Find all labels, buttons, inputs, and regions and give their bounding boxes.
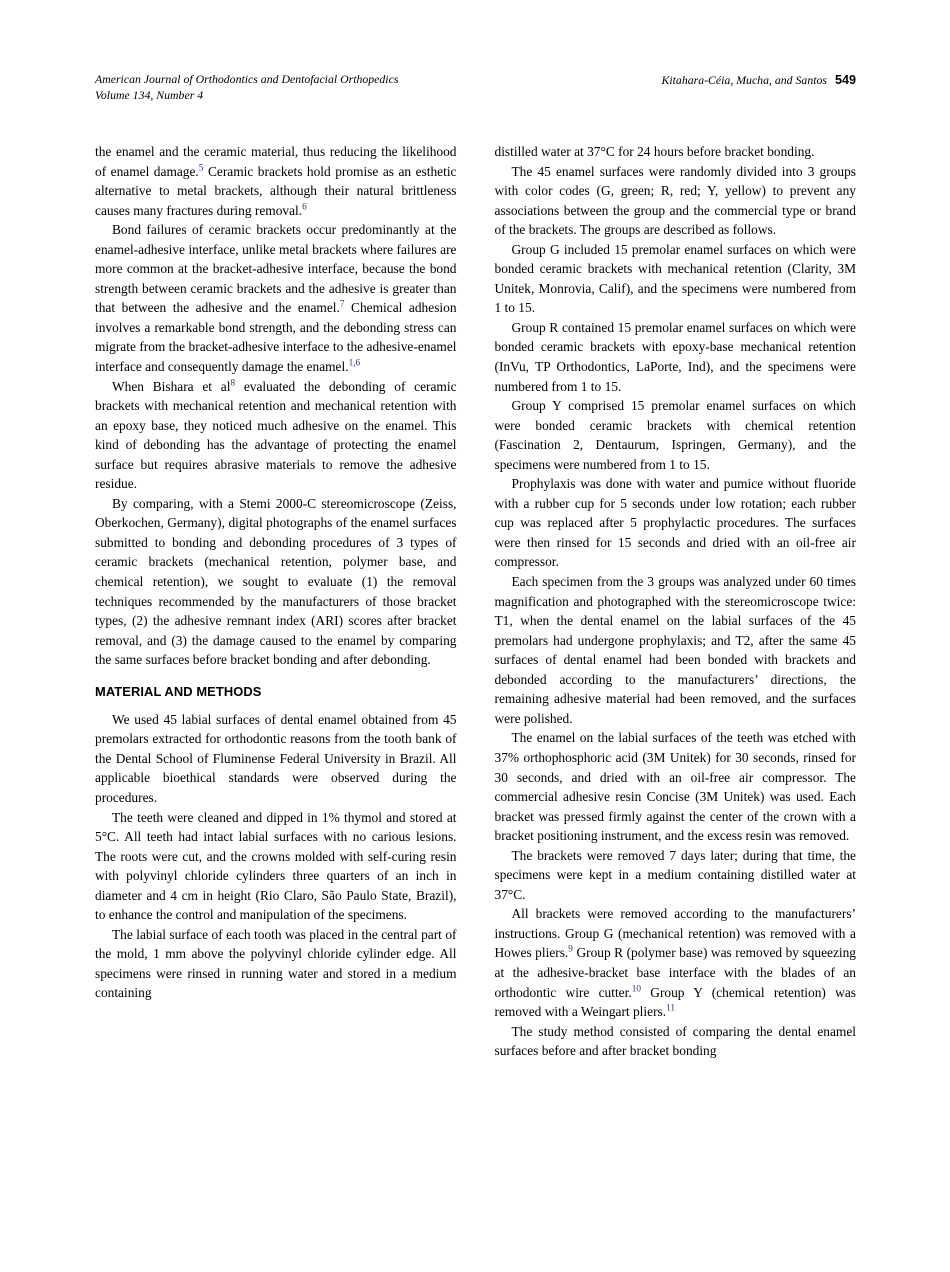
paragraph: By comparing, with a Stemi 2000-C stereo… (95, 494, 457, 670)
reference-link[interactable]: 7 (340, 300, 345, 310)
reference-link[interactable]: 10 (632, 984, 641, 994)
paragraph: When Bishara et al8 evaluated the debond… (95, 377, 457, 494)
reference-link[interactable]: 9 (568, 945, 573, 955)
journal-page: American Journal of Orthodontics and Den… (0, 0, 950, 1272)
section-heading: MATERIAL AND METHODS (95, 684, 457, 700)
paragraph: Each specimen from the 3 groups was anal… (495, 572, 857, 728)
paragraph: The labial surface of each tooth was pla… (95, 925, 457, 1003)
reference-link[interactable]: 5 (199, 163, 204, 173)
paragraph: The 45 enamel surfaces were randomly div… (495, 162, 857, 240)
paragraph: The brackets were removed 7 days later; … (495, 846, 857, 905)
reference-link[interactable]: 11 (666, 1004, 675, 1014)
journal-info: American Journal of Orthodontics and Den… (95, 71, 398, 103)
paragraph: Group R contained 15 premolar enamel sur… (495, 318, 857, 396)
paragraph: The teeth were cleaned and dipped in 1% … (95, 808, 457, 925)
page-number: 549 (835, 73, 856, 87)
paragraph: The enamel on the labial surfaces of the… (495, 728, 857, 845)
volume-number-line: Volume 134, Number 4 (95, 87, 398, 103)
paragraph: The study method consisted of comparing … (495, 1022, 857, 1061)
left-column: the enamel and the ceramic material, thu… (95, 142, 457, 1061)
paragraph: the enamel and the ceramic material, thu… (95, 142, 457, 220)
paragraph: All brackets were removed according to t… (495, 904, 857, 1021)
running-authors: Kitahara-Céia, Mucha, and Santos (662, 73, 827, 87)
paragraph: Group Y comprised 15 premolar enamel sur… (495, 396, 857, 474)
paragraph: Bond failures of ceramic brackets occur … (95, 220, 457, 376)
authors-and-page: Kitahara-Céia, Mucha, and Santos549 (662, 71, 857, 88)
paragraph: Group G included 15 premolar enamel surf… (495, 240, 857, 318)
paragraph: Prophylaxis was done with water and pumi… (495, 474, 857, 572)
reference-link[interactable]: 1,6 (349, 359, 361, 369)
paragraph: distilled water at 37°C for 24 hours bef… (495, 142, 857, 162)
paragraph: We used 45 labial surfaces of dental ena… (95, 710, 457, 808)
running-header: American Journal of Orthodontics and Den… (95, 71, 856, 103)
reference-link[interactable]: 6 (302, 202, 307, 212)
reference-link[interactable]: 8 (230, 378, 235, 388)
article-body: the enamel and the ceramic material, thu… (95, 142, 856, 1061)
right-column: distilled water at 37°C for 24 hours bef… (495, 142, 857, 1061)
journal-title: American Journal of Orthodontics and Den… (95, 71, 398, 87)
